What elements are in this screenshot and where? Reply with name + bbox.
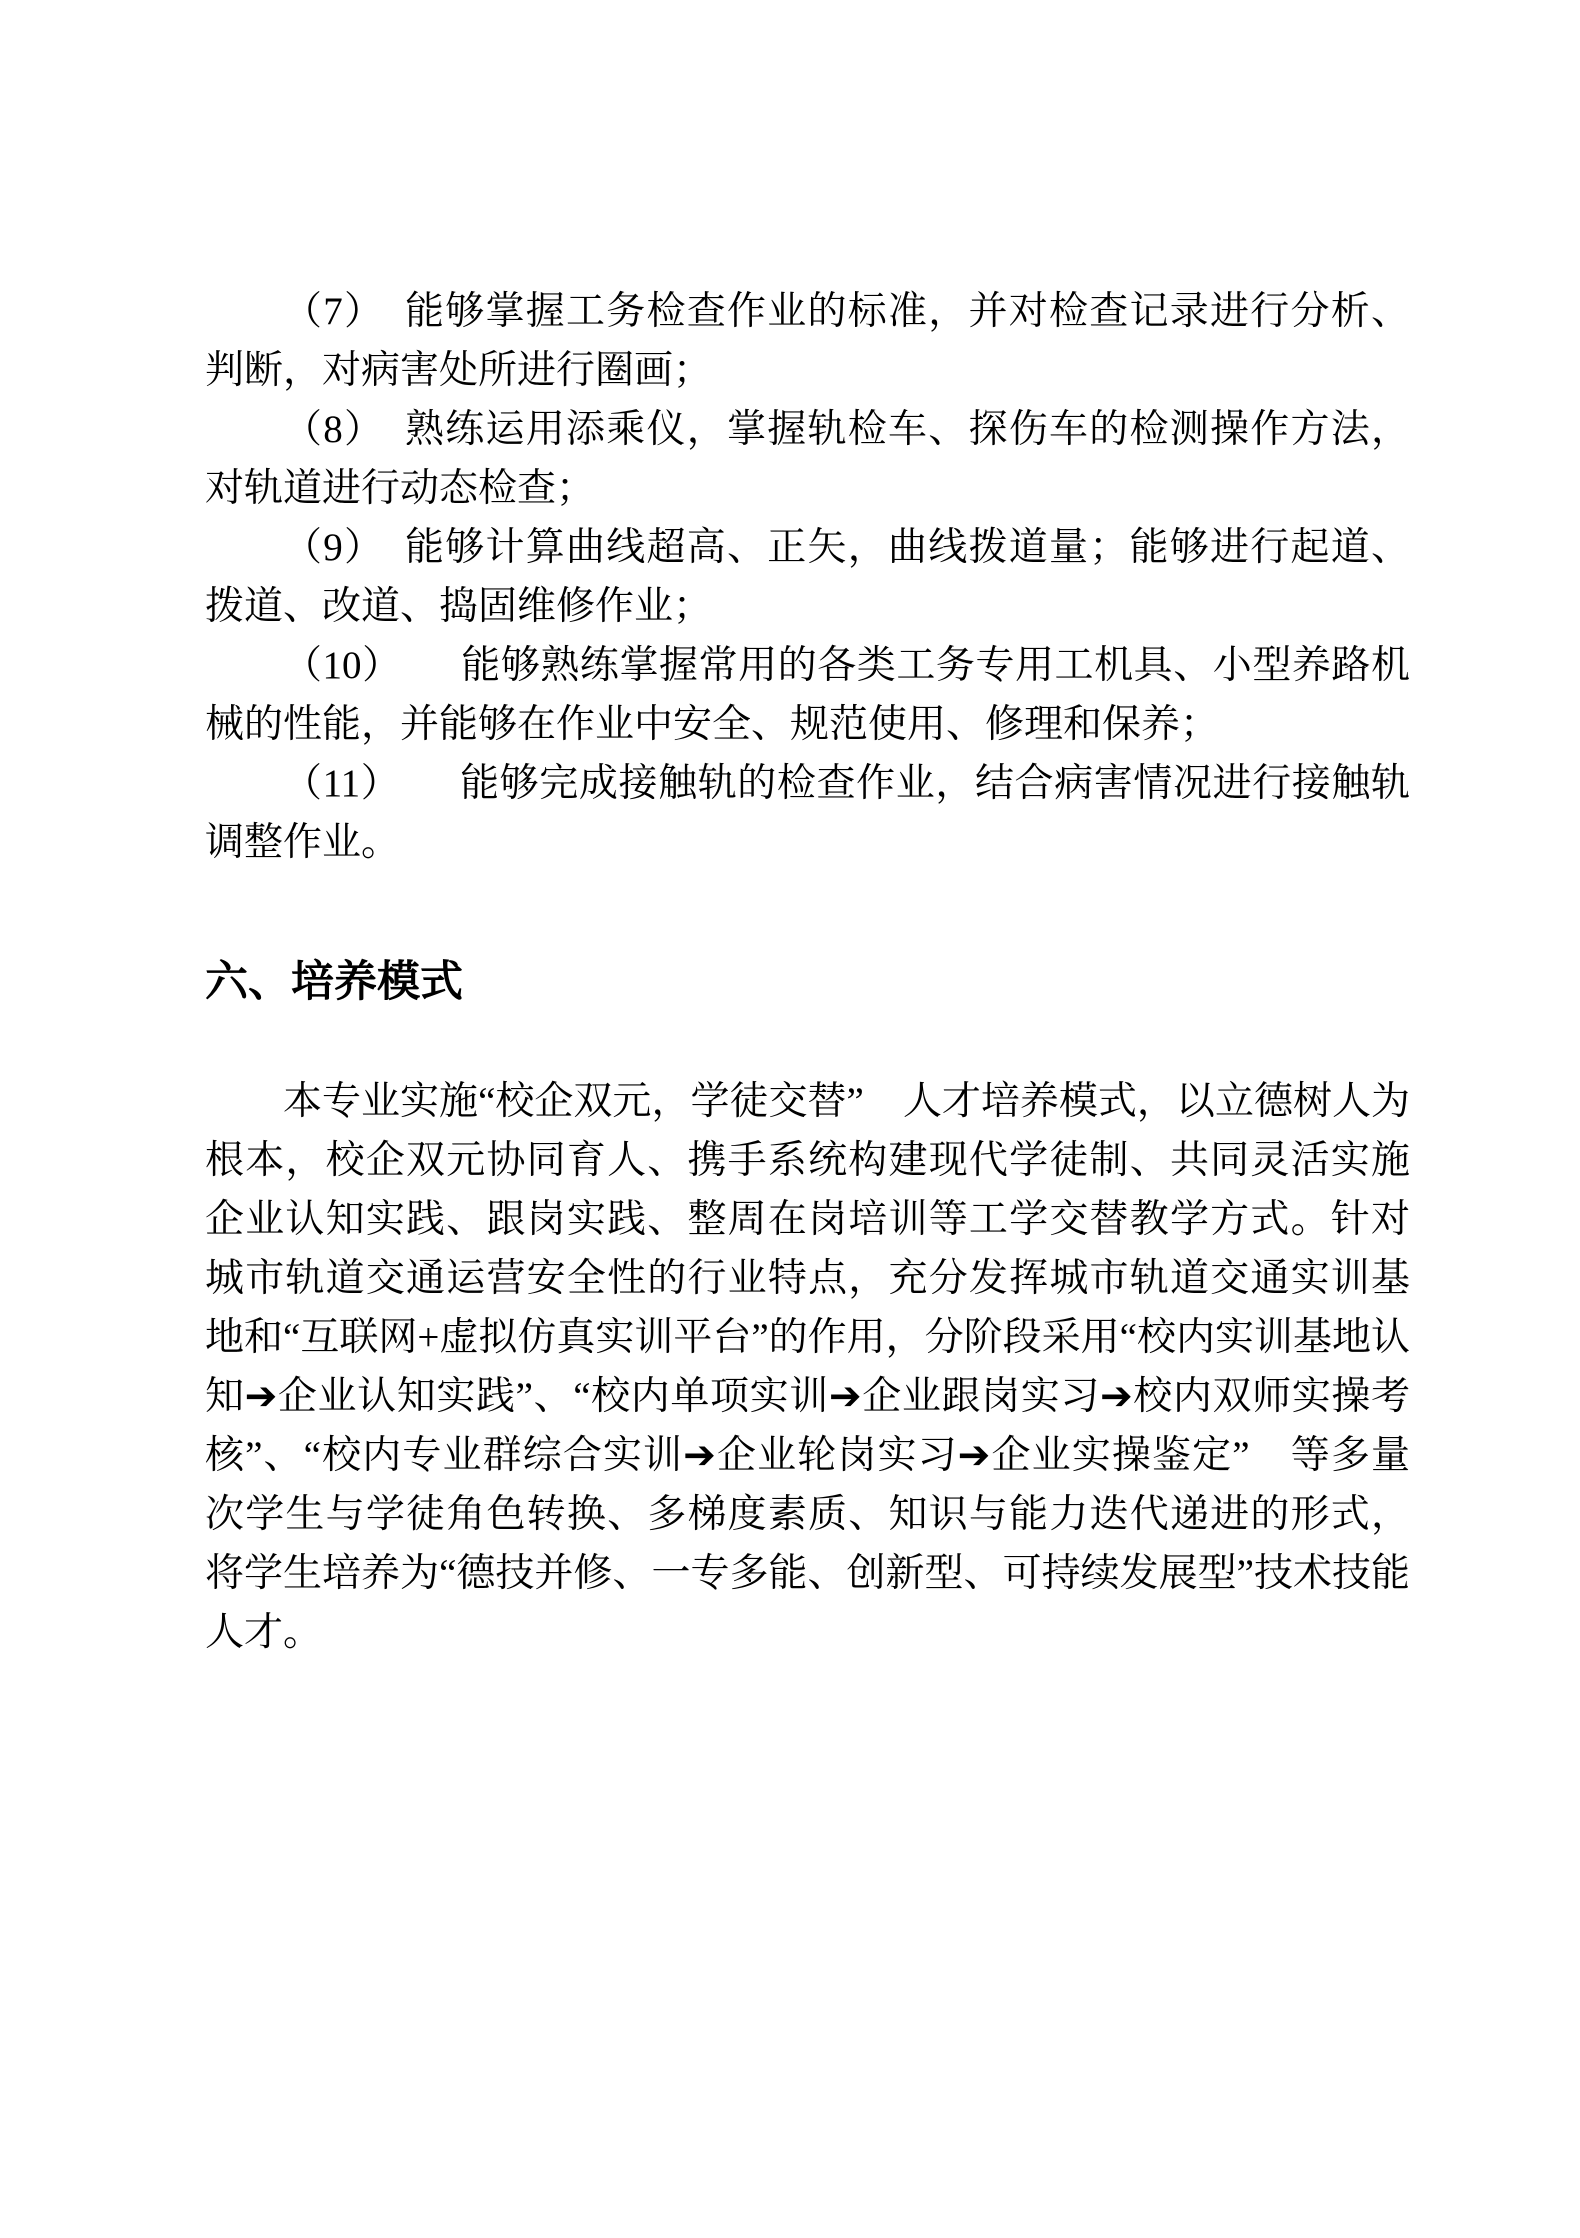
list-item-9: （9） 能够计算曲线超高、正矢，曲线拨道量；能够进行起道、拨道、改道、捣固维修作… (205, 518, 1410, 636)
list-item-8: （8） 熟练运用添乘仪，掌握轨检车、探伤车的检测操作方法，对轨道进行动态检查； (205, 400, 1410, 518)
list-item-7: （7） 能够掌握工务检查作业的标准，并对检查记录进行分析、判断，对病害处所进行圈… (205, 282, 1410, 400)
document-page: （7） 能够掌握工务检查作业的标准，并对检查记录进行分析、判断，对病害处所进行圈… (0, 0, 1580, 2238)
training-mode-paragraph: 本专业实施“校企双元，学徒交替” 人才培养模式，以立德树人为根本，校企双元协同育… (205, 1072, 1410, 1662)
skill-items-list: （7） 能够掌握工务检查作业的标准，并对检查记录进行分析、判断，对病害处所进行圈… (205, 282, 1410, 872)
section-heading: 六、培养模式 (205, 953, 1410, 1012)
list-item-11: （11） 能够完成接触轨的检查作业，结合病害情况进行接触轨调整作业。 (205, 754, 1410, 872)
list-item-10: （10） 能够熟练掌握常用的各类工务专用工机具、小型养路机械的性能，并能够在作业… (205, 636, 1410, 754)
